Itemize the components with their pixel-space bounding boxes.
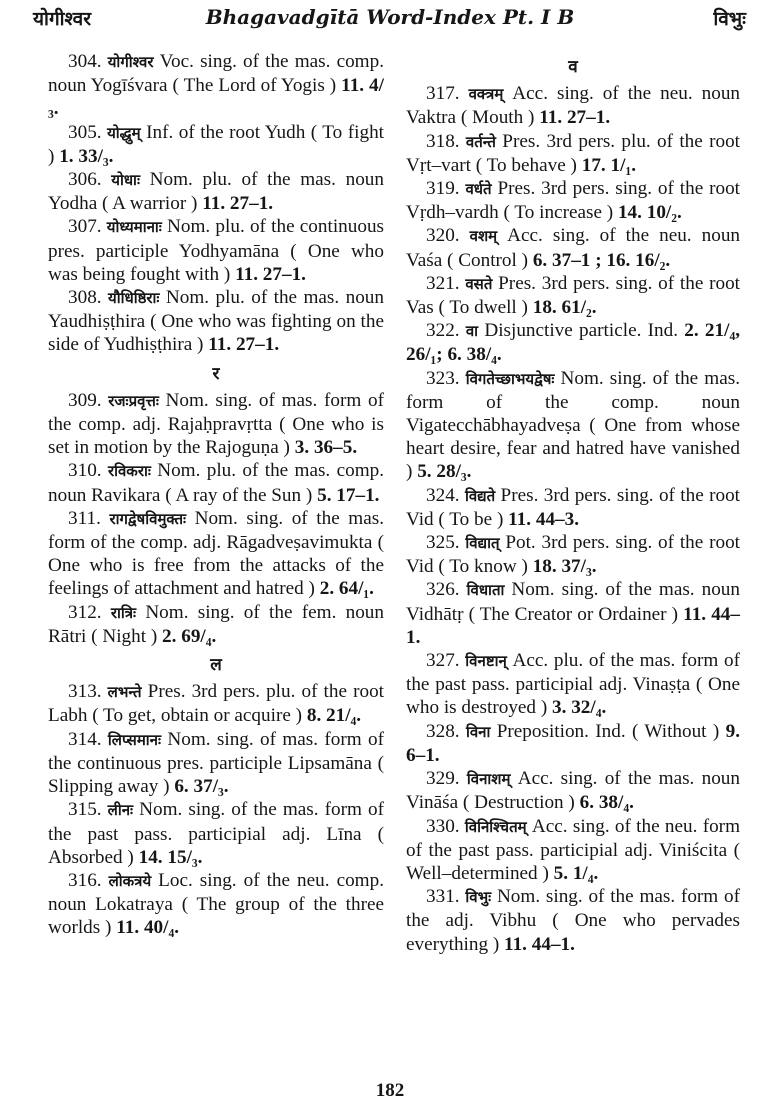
entry-headword: वशम् [470, 227, 498, 245]
entry-reference: 5. 28/₃. [417, 461, 471, 482]
entry-reference: 11. 27–1. [202, 193, 273, 214]
right-column: व317. वक्त्रम् Acc. sing. of the neu. no… [406, 50, 740, 956]
entry-reference: 1. 33/₃. [59, 146, 113, 167]
entry-headword: विनष्टान् [465, 652, 507, 670]
entry-headword: विद्यात् [465, 534, 499, 552]
entry-number: 309. [68, 390, 102, 411]
index-entry: 321. वसते Pres. 3rd pers. sing. of the r… [406, 272, 740, 319]
entry-reference: 3. 32/₄. [552, 697, 606, 718]
entry-number: 313. [68, 681, 102, 702]
entry-reference: 6. 37/₃. [174, 776, 228, 797]
index-entry: 323. विगतेच्छाभयद्वेषः Nom. sing. of the… [406, 367, 740, 484]
index-entry: 327. विनष्टान् Acc. plu. of the mas. for… [406, 649, 740, 720]
letter-section-heading: र [48, 363, 384, 386]
entry-description: Disjunctive particle. Ind. [478, 320, 684, 341]
entry-number: 308. [68, 287, 102, 308]
index-entry: 320. वशम् Acc. sing. of the neu. noun Va… [406, 224, 740, 271]
entry-number: 328. [426, 721, 460, 742]
entry-headword: वर्धते [465, 180, 491, 198]
entry-reference: 8. 21/₄. [307, 705, 361, 726]
index-entry: 312. रात्रिः Nom. sing. of the fem. noun… [48, 601, 384, 648]
entry-headword: वक्त्रम् [469, 85, 504, 103]
entry-headword: रविकराः [108, 462, 151, 480]
entry-reference: 2. 64/₁. [320, 578, 374, 599]
header-title: Bhagavadgītā Word-Index Pt. I B [0, 5, 780, 29]
index-entry: 316. लोकत्रये Loc. sing. of the neu. com… [48, 869, 384, 940]
entry-headword: वा [466, 322, 478, 340]
entry-number: 318. [426, 131, 460, 152]
entry-number: 330. [426, 816, 460, 837]
index-entry: 305. योद्धुम् Inf. of the root Yudh ( To… [48, 121, 384, 168]
entry-headword: यौधिष्ठिराः [108, 289, 159, 307]
entry-number: 304. [68, 51, 102, 72]
entry-number: 312. [68, 602, 102, 623]
entry-number: 325. [426, 532, 460, 553]
entry-reference: 17. 1/₁. [582, 155, 636, 176]
entry-reference: 3. 36–5. [295, 437, 357, 458]
index-entry: 307. योध्यमानाः Nom. plu. of the continu… [48, 215, 384, 286]
header-last-word: विभुः [713, 5, 746, 31]
entry-headword: विद्यते [465, 487, 495, 505]
index-entry: 317. वक्त्रम् Acc. sing. of the neu. nou… [406, 82, 740, 129]
entry-reference: 6. 37–1 ; 16. 16/₂. [533, 250, 670, 271]
entry-number: 327. [426, 650, 460, 671]
entry-description: Preposition. Ind. ( Without ) [490, 721, 725, 742]
entry-reference: 5. 1/₄. [554, 863, 599, 884]
entry-headword: रजःप्रवृत्तः [108, 392, 159, 410]
entry-reference: 11. 44–3. [508, 509, 579, 530]
entry-reference: 5. 17–1. [317, 485, 379, 506]
entry-number: 315. [68, 799, 102, 820]
left-column: 304. योगीश्वर Voc. sing. of the mas. com… [48, 50, 384, 940]
entry-number: 310. [68, 460, 102, 481]
index-entry: 308. यौधिष्ठिराः Nom. plu. of the mas. n… [48, 286, 384, 357]
entry-reference: 6. 38/₄. [580, 792, 634, 813]
index-entry: 319. वर्धते Pres. 3rd pers. sing. of the… [406, 177, 740, 224]
entry-number: 326. [426, 579, 460, 600]
entry-reference: 11. 27–1. [235, 264, 306, 285]
entry-reference: 11. 27–1. [539, 107, 610, 128]
entry-number: 323. [426, 368, 460, 389]
index-entry: 313. लभन्ते Pres. 3rd pers. plu. of the … [48, 680, 384, 727]
entry-number: 305. [68, 122, 102, 143]
letter-section-heading: ल [48, 654, 384, 677]
page-number: 182 [0, 1080, 780, 1102]
entry-headword: विभुः [465, 888, 491, 906]
entry-headword: रागद्वेषविमुक्तः [109, 510, 186, 528]
entry-headword: विगतेच्छाभयद्वेषः [466, 370, 555, 388]
index-entry: 331. विभुः Nom. sing. of the mas. form o… [406, 885, 740, 956]
entry-number: 322. [426, 320, 460, 341]
index-entry: 329. विनाशम् Acc. sing. of the mas. noun… [406, 767, 740, 814]
running-header: योगीश्वर Bhagavadgītā Word-Index Pt. I B… [0, 0, 780, 36]
index-entry: 309. रजःप्रवृत्तः Nom. sing. of mas. for… [48, 389, 384, 460]
entry-number: 331. [426, 886, 460, 907]
entry-reference: 18. 37/₃. [533, 556, 597, 577]
index-entry: 310. रविकराः Nom. plu. of the mas. comp.… [48, 459, 384, 506]
index-entry: 322. वा Disjunctive particle. Ind. 2. 21… [406, 319, 740, 366]
entry-headword: विनाशम् [467, 770, 511, 788]
index-entry: 311. रागद्वेषविमुक्तः Nom. sing. of the … [48, 507, 384, 601]
entry-number: 320. [426, 225, 460, 246]
entry-headword: योगीश्वर [108, 53, 154, 71]
entry-number: 319. [426, 178, 460, 199]
index-entry: 330. विनिश्चितम् Acc. sing. of the neu. … [406, 815, 740, 886]
entry-number: 314. [68, 729, 102, 750]
entry-headword: विधाता [467, 581, 505, 599]
entry-number: 316. [68, 870, 102, 891]
entry-number: 317. [426, 83, 460, 104]
entry-reference: 14. 15/₃. [139, 847, 203, 868]
index-entry: 324. विद्यते Pres. 3rd pers. sing. of th… [406, 484, 740, 531]
entry-reference: 2. 69/₄. [162, 626, 216, 647]
entry-headword: वसते [465, 275, 492, 293]
entry-headword: विनिश्चितम् [465, 818, 527, 836]
entry-number: 329. [426, 768, 460, 789]
entry-headword: विना [466, 723, 490, 741]
index-entry: 318. वर्तन्ते Pres. 3rd pers. plu. of th… [406, 130, 740, 177]
entry-reference: 11. 27–1. [208, 334, 279, 355]
index-entry: 306. योधाः Nom. plu. of the mas. noun Yo… [48, 168, 384, 215]
entry-number: 324. [426, 485, 460, 506]
entry-headword: रात्रिः [111, 604, 136, 622]
entry-headword: लीनः [108, 801, 133, 819]
entry-headword: योध्यमानाः [107, 218, 162, 236]
entry-headword: लोकत्रये [109, 872, 152, 890]
entry-headword: योधाः [111, 171, 140, 189]
entry-number: 307. [68, 216, 102, 237]
entry-headword: वर्तन्ते [466, 133, 496, 151]
entry-number: 321. [426, 273, 460, 294]
entry-reference: 14. 10/₂. [618, 202, 682, 223]
entry-number: 306. [68, 169, 102, 190]
entry-headword: लिप्समानः [108, 731, 161, 749]
entry-headword: योद्धुम् [107, 124, 141, 142]
entry-headword: लभन्ते [108, 683, 142, 701]
entry-reference: 11. 40/₄. [116, 917, 179, 938]
index-entry: 325. विद्यात् Pot. 3rd pers. sing. of th… [406, 531, 740, 578]
letter-section-heading: व [406, 56, 740, 79]
index-entry: 315. लीनः Nom. sing. of the mas. form of… [48, 798, 384, 869]
entry-number: 311. [68, 508, 101, 529]
index-entry: 304. योगीश्वर Voc. sing. of the mas. com… [48, 50, 384, 121]
entry-reference: 11. 44–1. [504, 934, 575, 955]
index-entry: 314. लिप्समानः Nom. sing. of mas. form o… [48, 728, 384, 799]
index-entry: 328. विना Preposition. Ind. ( Without ) … [406, 720, 740, 767]
index-entry: 326. विधाता Nom. sing. of the mas. noun … [406, 578, 740, 649]
entry-reference: 18. 61/₂. [533, 297, 597, 318]
